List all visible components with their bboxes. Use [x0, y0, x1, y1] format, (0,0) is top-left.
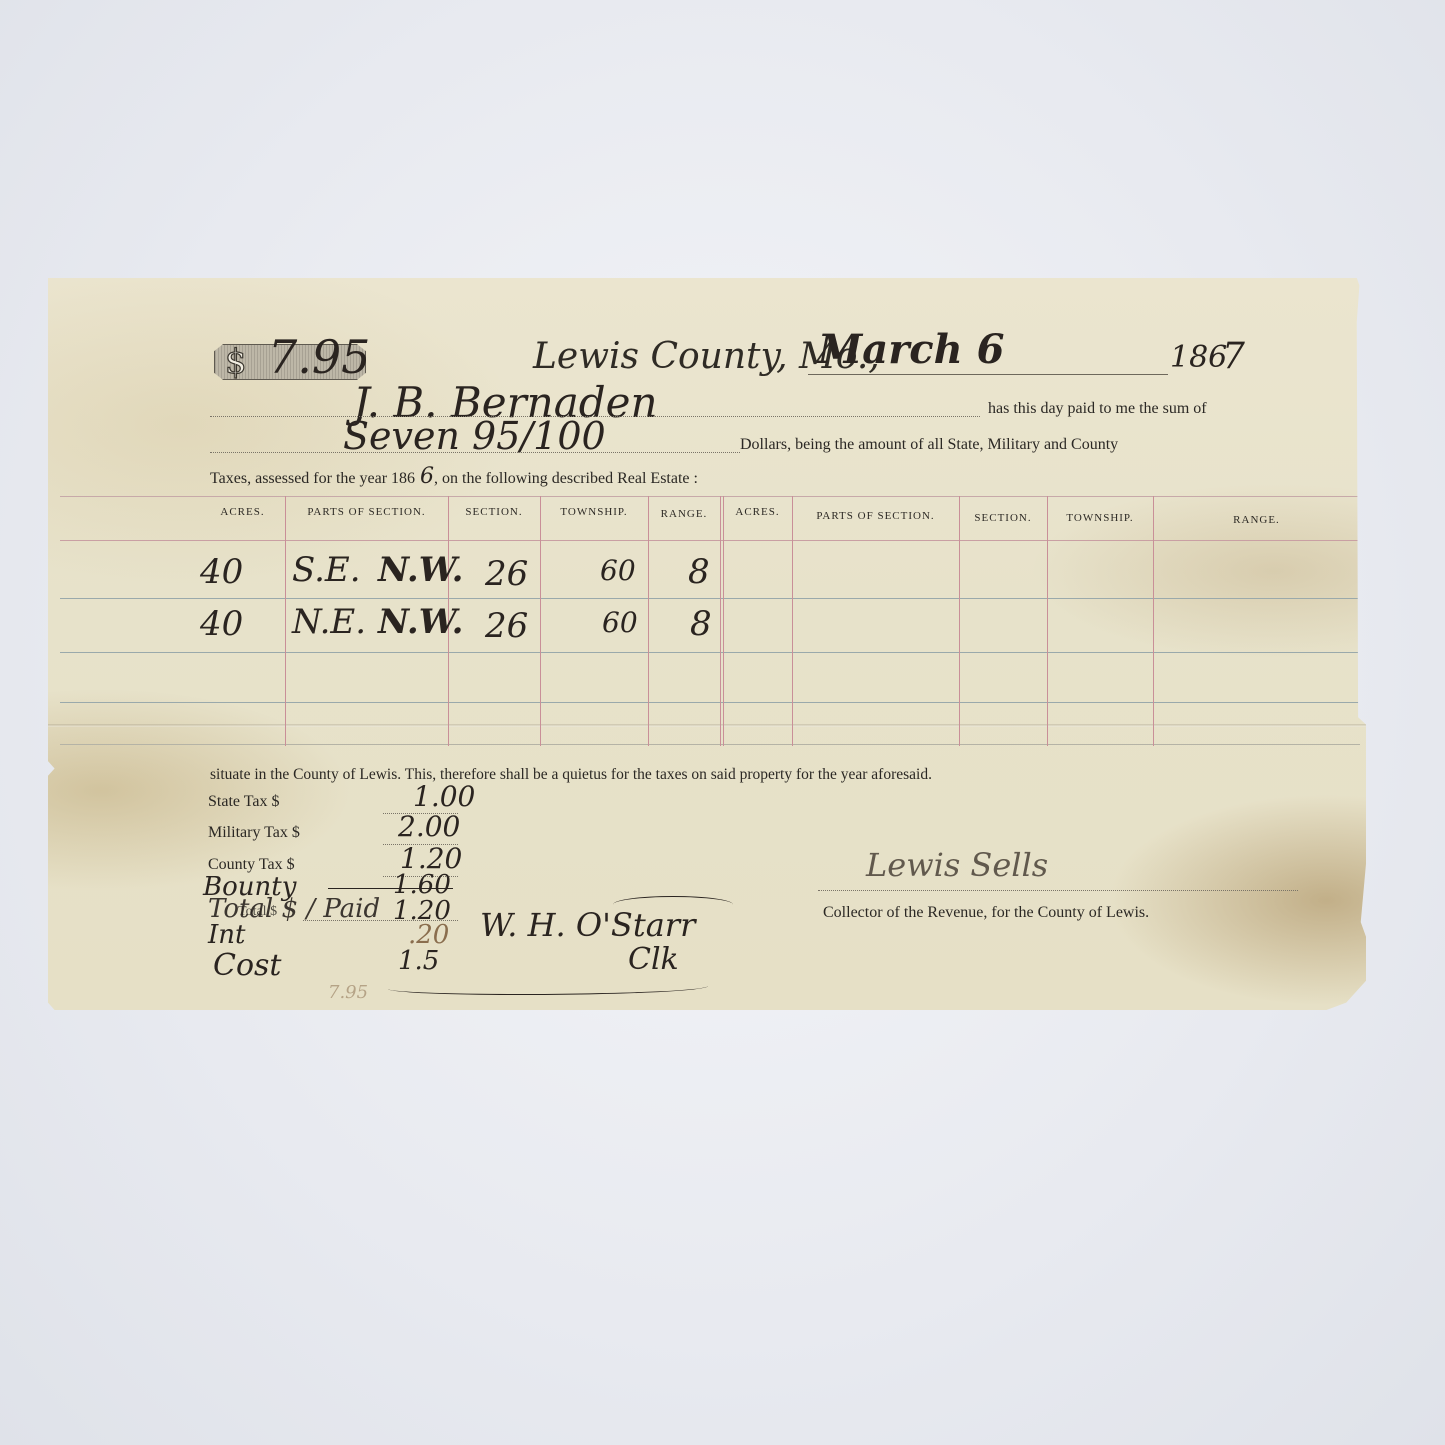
header-township-2: TOWNSHIP. [1047, 512, 1153, 524]
state-tax-value: 1.00 [413, 780, 475, 813]
clerk-title: Clk [628, 942, 679, 977]
date-line [808, 374, 1168, 375]
header-rule [60, 540, 1360, 541]
row2-section: 26 [485, 606, 528, 646]
date-year-prefix: 186 [1170, 340, 1227, 375]
col-divider [959, 496, 960, 746]
tax-receipt-document: $ 7.95 Lewis County, Mo., March 6 186 7 … [48, 278, 1366, 1010]
header-acres: ACRES. [200, 506, 285, 518]
state-tax-label: State Tax $ [208, 793, 279, 811]
interest-label: Int [208, 920, 245, 950]
clerk-flourish [613, 896, 733, 913]
header-range: RANGE. [648, 508, 720, 520]
row2-range: 8 [690, 604, 712, 644]
row1-parts-a: S.E. [292, 550, 361, 590]
date-month-day: March 6 [818, 326, 1004, 373]
collector-signature: Lewis Sells [866, 846, 1048, 884]
row-rule [60, 598, 1360, 599]
col-divider [540, 496, 541, 746]
header-range-2: RANGE. [1153, 514, 1360, 526]
taxes-prefix: Taxes, assessed for the year 186 [210, 470, 415, 487]
taxes-assessed-text: Taxes, assessed for the year 1866, on th… [210, 464, 698, 489]
row2-parts-b: N.W. [378, 602, 463, 642]
cost-value: 1.5 [398, 946, 439, 976]
header-parts-of-section: PARTS OF SECTION. [285, 506, 448, 518]
date-year-suffix: 7 [1222, 336, 1245, 377]
row1-acres: 40 [200, 552, 243, 592]
header-parts-of-section-2: PARTS OF SECTION. [792, 510, 959, 522]
cost-label: Cost [213, 948, 281, 983]
row-rule [60, 702, 1360, 703]
collector-title: Collector of the Revenue, for the County… [823, 904, 1149, 922]
quietus-statement: situate in the County of Lewis. This, th… [210, 766, 932, 784]
row1-section: 26 [485, 554, 528, 594]
table-bottom-rule [60, 744, 1360, 745]
col-divider [792, 496, 793, 746]
margin-note: 7.95 [328, 982, 368, 1003]
row1-parts-b: N.W. [378, 550, 463, 590]
collector-signature-line [818, 890, 1298, 891]
row2-parts-a: N.E. [292, 602, 366, 642]
header-township: TOWNSHIP. [540, 506, 648, 518]
row2-acres: 40 [200, 604, 243, 644]
row1-township: 60 [600, 554, 636, 587]
col-divider [648, 496, 649, 746]
row2-township: 60 [602, 606, 638, 639]
col-divider [285, 496, 286, 746]
row1-range: 8 [688, 552, 710, 592]
property-table: ACRES. PARTS OF SECTION. SECTION. TOWNSH… [60, 496, 1360, 746]
col-divider [1047, 496, 1048, 746]
table-top-rule [60, 496, 1360, 497]
assessed-year-suffix: 6 [420, 464, 434, 489]
military-tax-label: Military Tax $ [208, 824, 300, 842]
col-divider [720, 496, 721, 746]
header-section: SECTION. [448, 506, 540, 518]
taxes-suffix: , on the following described Real Estate… [434, 470, 698, 487]
military-tax-value: 2.00 [398, 810, 460, 843]
header-section-2: SECTION. [959, 512, 1047, 524]
row-rule [60, 652, 1360, 653]
sum-line [210, 452, 740, 453]
paid-text: has this day paid to me the sum of [988, 400, 1207, 418]
dollar-sign-icon: $ [225, 342, 247, 382]
amount-handwritten: 7.95 [268, 330, 370, 384]
dollars-text: Dollars, being the amount of all State, … [740, 436, 1118, 454]
col-divider-double [723, 496, 724, 746]
col-divider [1153, 496, 1154, 746]
header-acres-2: ACRES. [723, 506, 792, 518]
clerk-underline-flourish [388, 980, 708, 995]
